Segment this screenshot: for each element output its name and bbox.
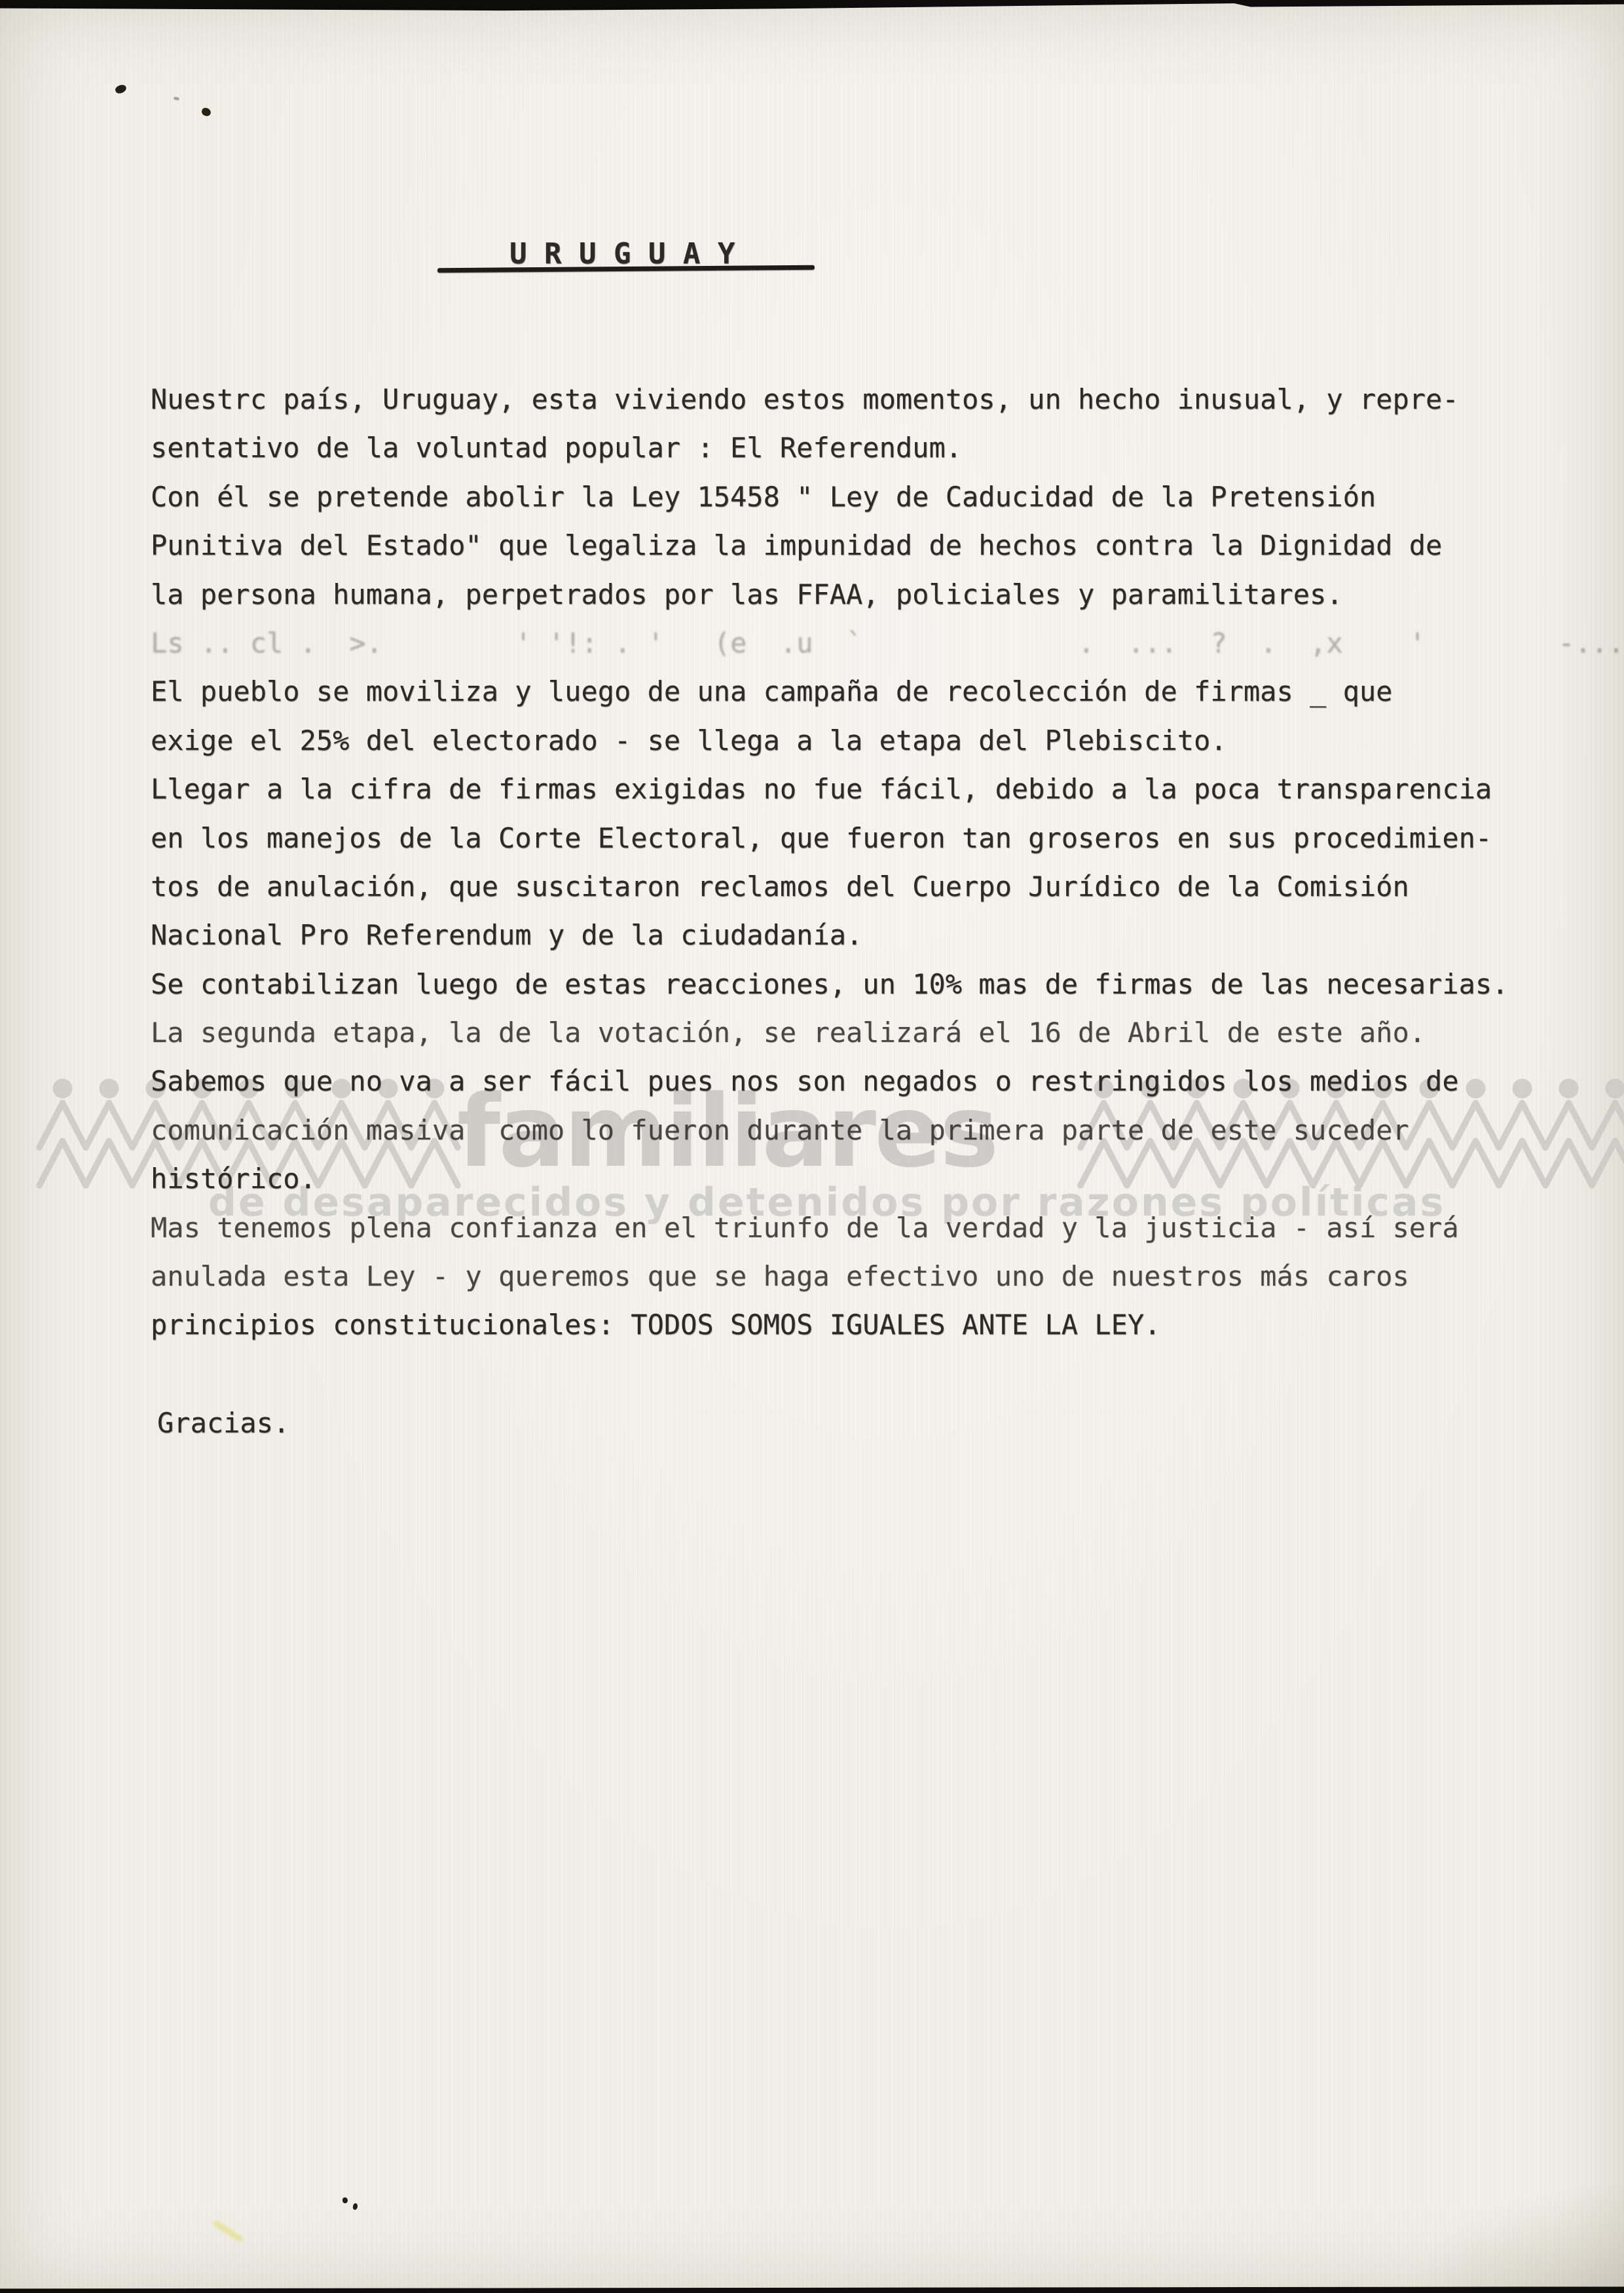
ink-speck bbox=[352, 2203, 358, 2210]
scan-edge-bottom bbox=[0, 2286, 1624, 2293]
typed-line: Punitiva del Estado" que legaliza la imp… bbox=[151, 521, 1552, 570]
typed-line: comunicación masiva como lo fueron duran… bbox=[151, 1106, 1552, 1155]
typed-line: histórico. bbox=[151, 1155, 1552, 1203]
typed-line: El pueblo se moviliza y luego de una cam… bbox=[151, 667, 1552, 716]
typed-line: Con él se pretende abolir la Ley 15458 "… bbox=[151, 473, 1552, 521]
typed-line: anulada esta Ley - y queremos que se hag… bbox=[151, 1252, 1552, 1301]
person-figure-head bbox=[1559, 1079, 1579, 1098]
typed-line: tos de anulación, que suscitaron reclamo… bbox=[151, 863, 1552, 911]
typed-line: Se contabilizan luego de estas reaccione… bbox=[151, 960, 1552, 1009]
typed-line: Ls .. cl . >. ' '!: . ' (e .u ` . ... ? … bbox=[151, 619, 1552, 667]
title-underline bbox=[437, 265, 815, 273]
yellow-streak bbox=[212, 2220, 244, 2243]
ink-speck bbox=[342, 2197, 348, 2203]
person-figure-head bbox=[53, 1079, 73, 1098]
typed-line: Nacional Pro Referendum y de la ciudadan… bbox=[151, 911, 1552, 960]
typed-line: Mas tenemos plena confianza en el triunf… bbox=[151, 1204, 1552, 1252]
typed-line: Sabemos que no va a ser fácil pues nos s… bbox=[151, 1057, 1552, 1106]
typed-line: exige el 25% del electorado - se llega a… bbox=[151, 717, 1552, 765]
typed-line: La segunda etapa, la de la votación, se … bbox=[151, 1009, 1552, 1057]
typed-line: Llegar a la cifra de firmas exigidas no … bbox=[151, 765, 1552, 813]
typed-line: Nuestrc país, Uruguay, esta viviendo est… bbox=[151, 375, 1552, 424]
person-figure-head bbox=[1606, 1079, 1624, 1098]
ink-speck bbox=[174, 96, 180, 100]
typed-line: principios constitucionales: TODOS SOMOS… bbox=[151, 1301, 1552, 1349]
typed-line: en los manejos de la Corte Electoral, qu… bbox=[151, 814, 1552, 863]
ink-speck bbox=[114, 83, 127, 95]
typed-line: sentativo de la voluntad popular : El Re… bbox=[151, 424, 1552, 472]
person-figure-head bbox=[100, 1079, 119, 1098]
corner-shade bbox=[1408, 2181, 1624, 2293]
document-title: U R U G U A Y bbox=[509, 238, 735, 270]
typed-line: la persona humana, perpetrados por las F… bbox=[151, 570, 1552, 619]
ink-speck bbox=[200, 107, 212, 117]
scan-edge-top bbox=[0, 0, 1624, 11]
closing-line: Gracias. bbox=[157, 1399, 289, 1447]
scanned-document-page: familiares de desaparecidos y detenidos … bbox=[0, 0, 1624, 2293]
typed-lines: Nuestrc país, Uruguay, esta viviendo est… bbox=[151, 375, 1552, 1350]
